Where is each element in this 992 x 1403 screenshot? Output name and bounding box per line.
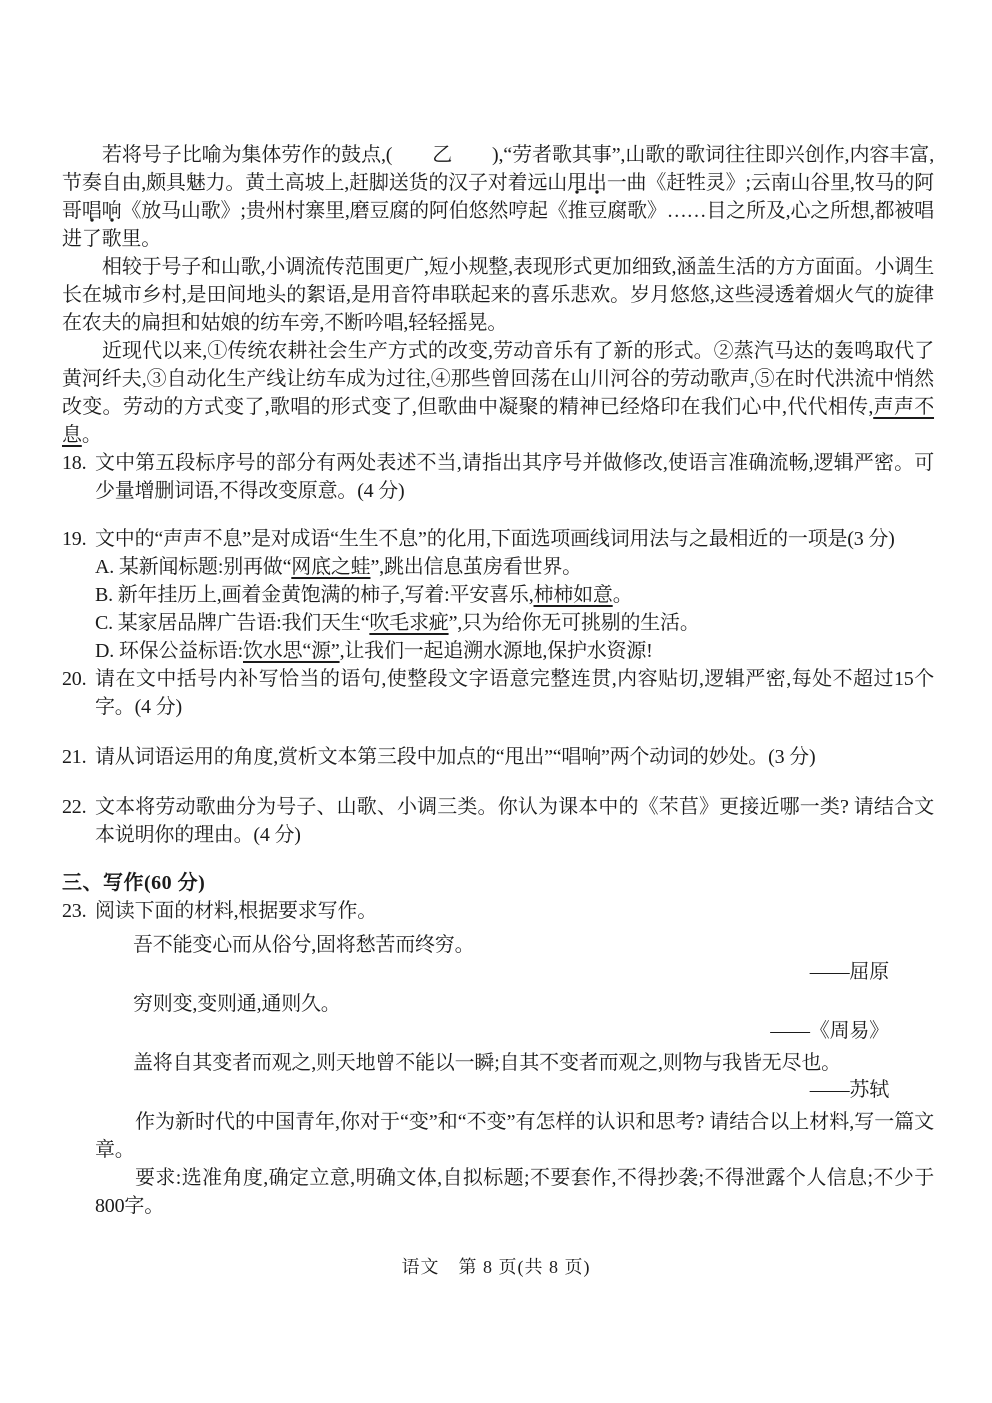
writing-section-title: 三、写作(60 分) (62, 869, 934, 897)
option-text: D. 环保公益标语: (95, 640, 243, 662)
question-number: 23. (62, 897, 86, 925)
writing-task: 作为新时代的中国青年,你对于“变”和“不变”有怎样的认识和思考? 请结合以上材料… (95, 1108, 934, 1164)
quote-attribution-2: ——《周易》 (95, 1018, 934, 1044)
question-number: 21. (62, 743, 86, 771)
question-number: 20. (62, 665, 86, 693)
exam-page: 若将号子比喻为集体劳作的鼓点,( 乙 ),“劳者歌其事”,山歌的歌词往往即兴创作… (0, 0, 992, 1403)
question-text: 请从词语运用的角度,赏析文本第三段中加点的“甩出”“唱响”两个动词的妙处。(3 … (95, 746, 815, 768)
emphasized-word-changxiang: 唱响 (82, 200, 122, 222)
option-c: C. 某家居品牌广告语:我们天生“吹毛求疵”,只为给你无可挑剔的生活。 (95, 609, 934, 637)
material-quote-2: 穷则变,变则通,通则久。 (95, 990, 934, 1018)
page-footer: 语文 第 8 页(共 8 页) (0, 1253, 992, 1281)
option-text: ”,只为给你无可挑剔的生活。 (449, 612, 700, 634)
question-stem: 文中的“声声不息”是对成语“生生不息”的化用,下面选项画线词用法与之最相近的一项… (95, 528, 895, 550)
question-18: 18.文中第五段标序号的部分有两处表述不当,请指出其序号并做修改,使语言准确流畅… (62, 449, 934, 505)
option-text: B. 新年挂历上,画着金黄饱满的柿子,写着:平安喜乐, (95, 584, 534, 606)
passage-text: 《放马山歌》;贵州村寨里,磨豆腐的阿伯悠然哼起《推豆腐歌》……目之所及,心之所想… (62, 200, 934, 250)
option-text: A. 某新闻标题:别再做“ (95, 556, 291, 578)
option-text: ”,跳出信息茧房看世界。 (370, 556, 581, 578)
quote-attribution-1: ——屈原 (95, 959, 934, 985)
question-19: 19.文中的“声声不息”是对成语“生生不息”的化用,下面选项画线词用法与之最相近… (62, 525, 934, 665)
underlined-phrase: 饮水思“源” (243, 640, 340, 662)
material-quote-3: 盖将自其变者而观之,则天地曾不能以一瞬;自其不变者而观之,则物与我皆无尽也。 (95, 1049, 934, 1077)
underlined-phrase: 吹毛求疵 (369, 612, 448, 634)
passage-paragraph-2: 相较于号子和山歌,小调流传范围更广,短小规整,表现形式更加细致,涵盖生活的方方面… (62, 253, 934, 337)
question-23: 23.阅读下面的材料,根据要求写作。 吾不能变心而从俗兮,固将愁苦而终穷。 ——… (62, 897, 934, 1220)
option-b: B. 新年挂历上,画着金黄饱满的柿子,写着:平安喜乐,柿柿如意。 (95, 581, 934, 609)
underlined-phrase: 柿柿如意 (534, 584, 613, 606)
emphasized-word-shuaichu: 甩出 (567, 172, 607, 194)
option-text: C. 某家居品牌广告语:我们天生“ (95, 612, 369, 634)
option-text: ,让我们一起追溯水源地,保护水资源! (340, 640, 653, 662)
question-20: 20.请在文中括号内补写恰当的语句,使整段文字语意完整连贯,内容贴切,逻辑严密,… (62, 665, 934, 721)
question-text: 文本将劳动歌曲分为号子、山歌、小调三类。你认为课本中的《芣苢》更接近哪一类? 请… (95, 796, 934, 846)
question-number: 19. (62, 525, 86, 553)
option-d: D. 环保公益标语:饮水思“源”,让我们一起追溯水源地,保护水资源! (95, 637, 934, 665)
underlined-phrase: 网底之蛙 (291, 556, 370, 578)
question-number: 22. (62, 793, 86, 821)
quote-attribution-3: ——苏轼 (95, 1077, 934, 1103)
option-text: 。 (613, 584, 633, 606)
question-text: 请在文中括号内补写恰当的语句,使整段文字语意完整连贯,内容贴切,逻辑严密,每处不… (95, 668, 934, 718)
exam-content: 若将号子比喻为集体劳作的鼓点,( 乙 ),“劳者歌其事”,山歌的歌词往往即兴创作… (62, 141, 934, 1220)
passage-paragraph-1: 若将号子比喻为集体劳作的鼓点,( 乙 ),“劳者歌其事”,山歌的歌词往往即兴创作… (62, 141, 934, 253)
writing-requirements: 要求:选准角度,确定立意,明确文体,自拟标题;不要套作,不得抄袭;不得泄露个人信… (95, 1164, 934, 1220)
question-22: 22.文本将劳动歌曲分为号子、山歌、小调三类。你认为课本中的《芣苢》更接近哪一类… (62, 793, 934, 849)
question-lead: 阅读下面的材料,根据要求写作。 (95, 900, 377, 922)
question-21: 21.请从词语运用的角度,赏析文本第三段中加点的“甩出”“唱响”两个动词的妙处。… (62, 743, 934, 771)
question-text: 文中第五段标序号的部分有两处表述不当,请指出其序号并做修改,使语言准确流畅,逻辑… (95, 452, 934, 502)
option-a: A. 某新闻标题:别再做“网底之蛙”,跳出信息茧房看世界。 (95, 553, 934, 581)
question-number: 18. (62, 449, 86, 477)
passage-text: 近现代以来,①传统农耕社会生产方式的改变,劳动音乐有了新的形式。②蒸汽马达的轰鸣… (62, 340, 934, 418)
passage-paragraph-3: 近现代以来,①传统农耕社会生产方式的改变,劳动音乐有了新的形式。②蒸汽马达的轰鸣… (62, 337, 934, 449)
passage-text: 。 (82, 424, 102, 446)
material-quote-1: 吾不能变心而从俗兮,固将愁苦而终穷。 (95, 931, 934, 959)
